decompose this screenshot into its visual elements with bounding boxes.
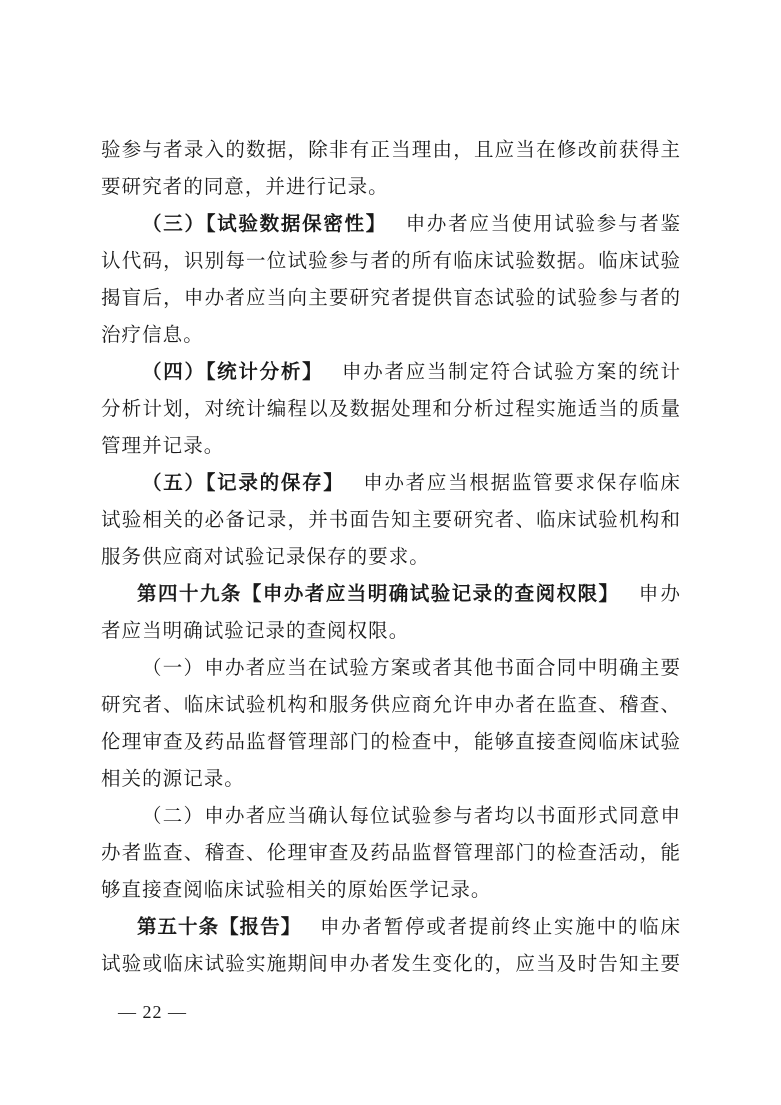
paragraph-text: 申办者应当使用试验参与者鉴 xyxy=(405,212,681,235)
paragraph-line: 揭盲后，申办者应当向主要研究者提供盲态试验的试验参与者的 xyxy=(101,279,681,316)
section-heading-statistical-analysis: （四）【统计分析】 xyxy=(142,360,323,383)
paragraph-line: 认代码，识别每一位试验参与者的所有临床试验数据。临床试验 xyxy=(101,242,681,279)
paragraph-line: （一）申办者应当在试验方案或者其他书面合同中明确主要 xyxy=(101,649,681,686)
paragraph-line: 验参与者录入的数据，除非有正当理由，且应当在修改前获得主 xyxy=(101,131,681,168)
paragraph-line: 者应当明确试验记录的查阅权限。 xyxy=(101,612,681,649)
paragraph-line: 伦理审查及药品监督管理部门的检查中，能够直接查阅临床试验 xyxy=(101,723,681,760)
paragraph-line: 研究者、临床试验机构和服务供应商允许申办者在监查、稽查、 xyxy=(101,686,681,723)
paragraph-line: 治疗信息。 xyxy=(101,316,681,353)
paragraph-line: 试验相关的必备记录，并书面告知主要研究者、临床试验机构和 xyxy=(101,501,681,538)
paragraph-line: 服务供应商对试验记录保存的要求。 xyxy=(101,538,681,575)
page-number: — 22 — xyxy=(118,1002,187,1023)
paragraph-line: 够直接查阅临床试验相关的原始医学记录。 xyxy=(101,871,681,908)
article-heading-line: 第五十条【报告】申办者暂停或者提前终止实施中的临床 xyxy=(101,908,681,945)
section-heading-data-confidentiality: （三）【试验数据保密性】 xyxy=(142,212,387,235)
paragraph-line: 试验或临床试验实施期间申办者发生变化的，应当及时告知主要 xyxy=(101,945,681,982)
paragraph-line: 要研究者的同意，并进行记录。 xyxy=(101,168,681,205)
article-49-heading: 第四十九条【申办者应当明确试验记录的查阅权限】 xyxy=(137,582,620,605)
paragraph-line: （二）申办者应当确认每位试验参与者均以书面形式同意申 xyxy=(101,797,681,834)
paragraph-line: 相关的源记录。 xyxy=(101,760,681,797)
section-heading-line: （五）【记录的保存】申办者应当根据监管要求保存临床 xyxy=(101,464,681,501)
paragraph-line: 办者监查、稽查、伦理审查及药品监督管理部门的检查活动，能 xyxy=(101,834,681,871)
document-body: 验参与者录入的数据，除非有正当理由，且应当在修改前获得主 要研究者的同意，并进行… xyxy=(101,131,681,982)
article-50-heading: 第五十条【报告】 xyxy=(137,915,301,938)
paragraph-text: 申办者应当根据监管要求保存临床 xyxy=(363,471,681,494)
paragraph-line: 分析计划，对统计编程以及数据处理和分析过程实施适当的质量 xyxy=(101,390,681,427)
paragraph-text: 申办者应当制定符合试验方案的统计 xyxy=(341,360,681,383)
paragraph-line: 管理并记录。 xyxy=(101,427,681,464)
paragraph-text: 申办 xyxy=(638,582,681,605)
paragraph-text: 申办者暂停或者提前终止实施中的临床 xyxy=(319,915,681,938)
section-heading-line: （四）【统计分析】申办者应当制定符合试验方案的统计 xyxy=(101,353,681,390)
article-heading-line: 第四十九条【申办者应当明确试验记录的查阅权限】申办 xyxy=(101,575,681,612)
section-heading-line: （三）【试验数据保密性】申办者应当使用试验参与者鉴 xyxy=(101,205,681,242)
section-heading-record-retention: （五）【记录的保存】 xyxy=(142,471,345,494)
